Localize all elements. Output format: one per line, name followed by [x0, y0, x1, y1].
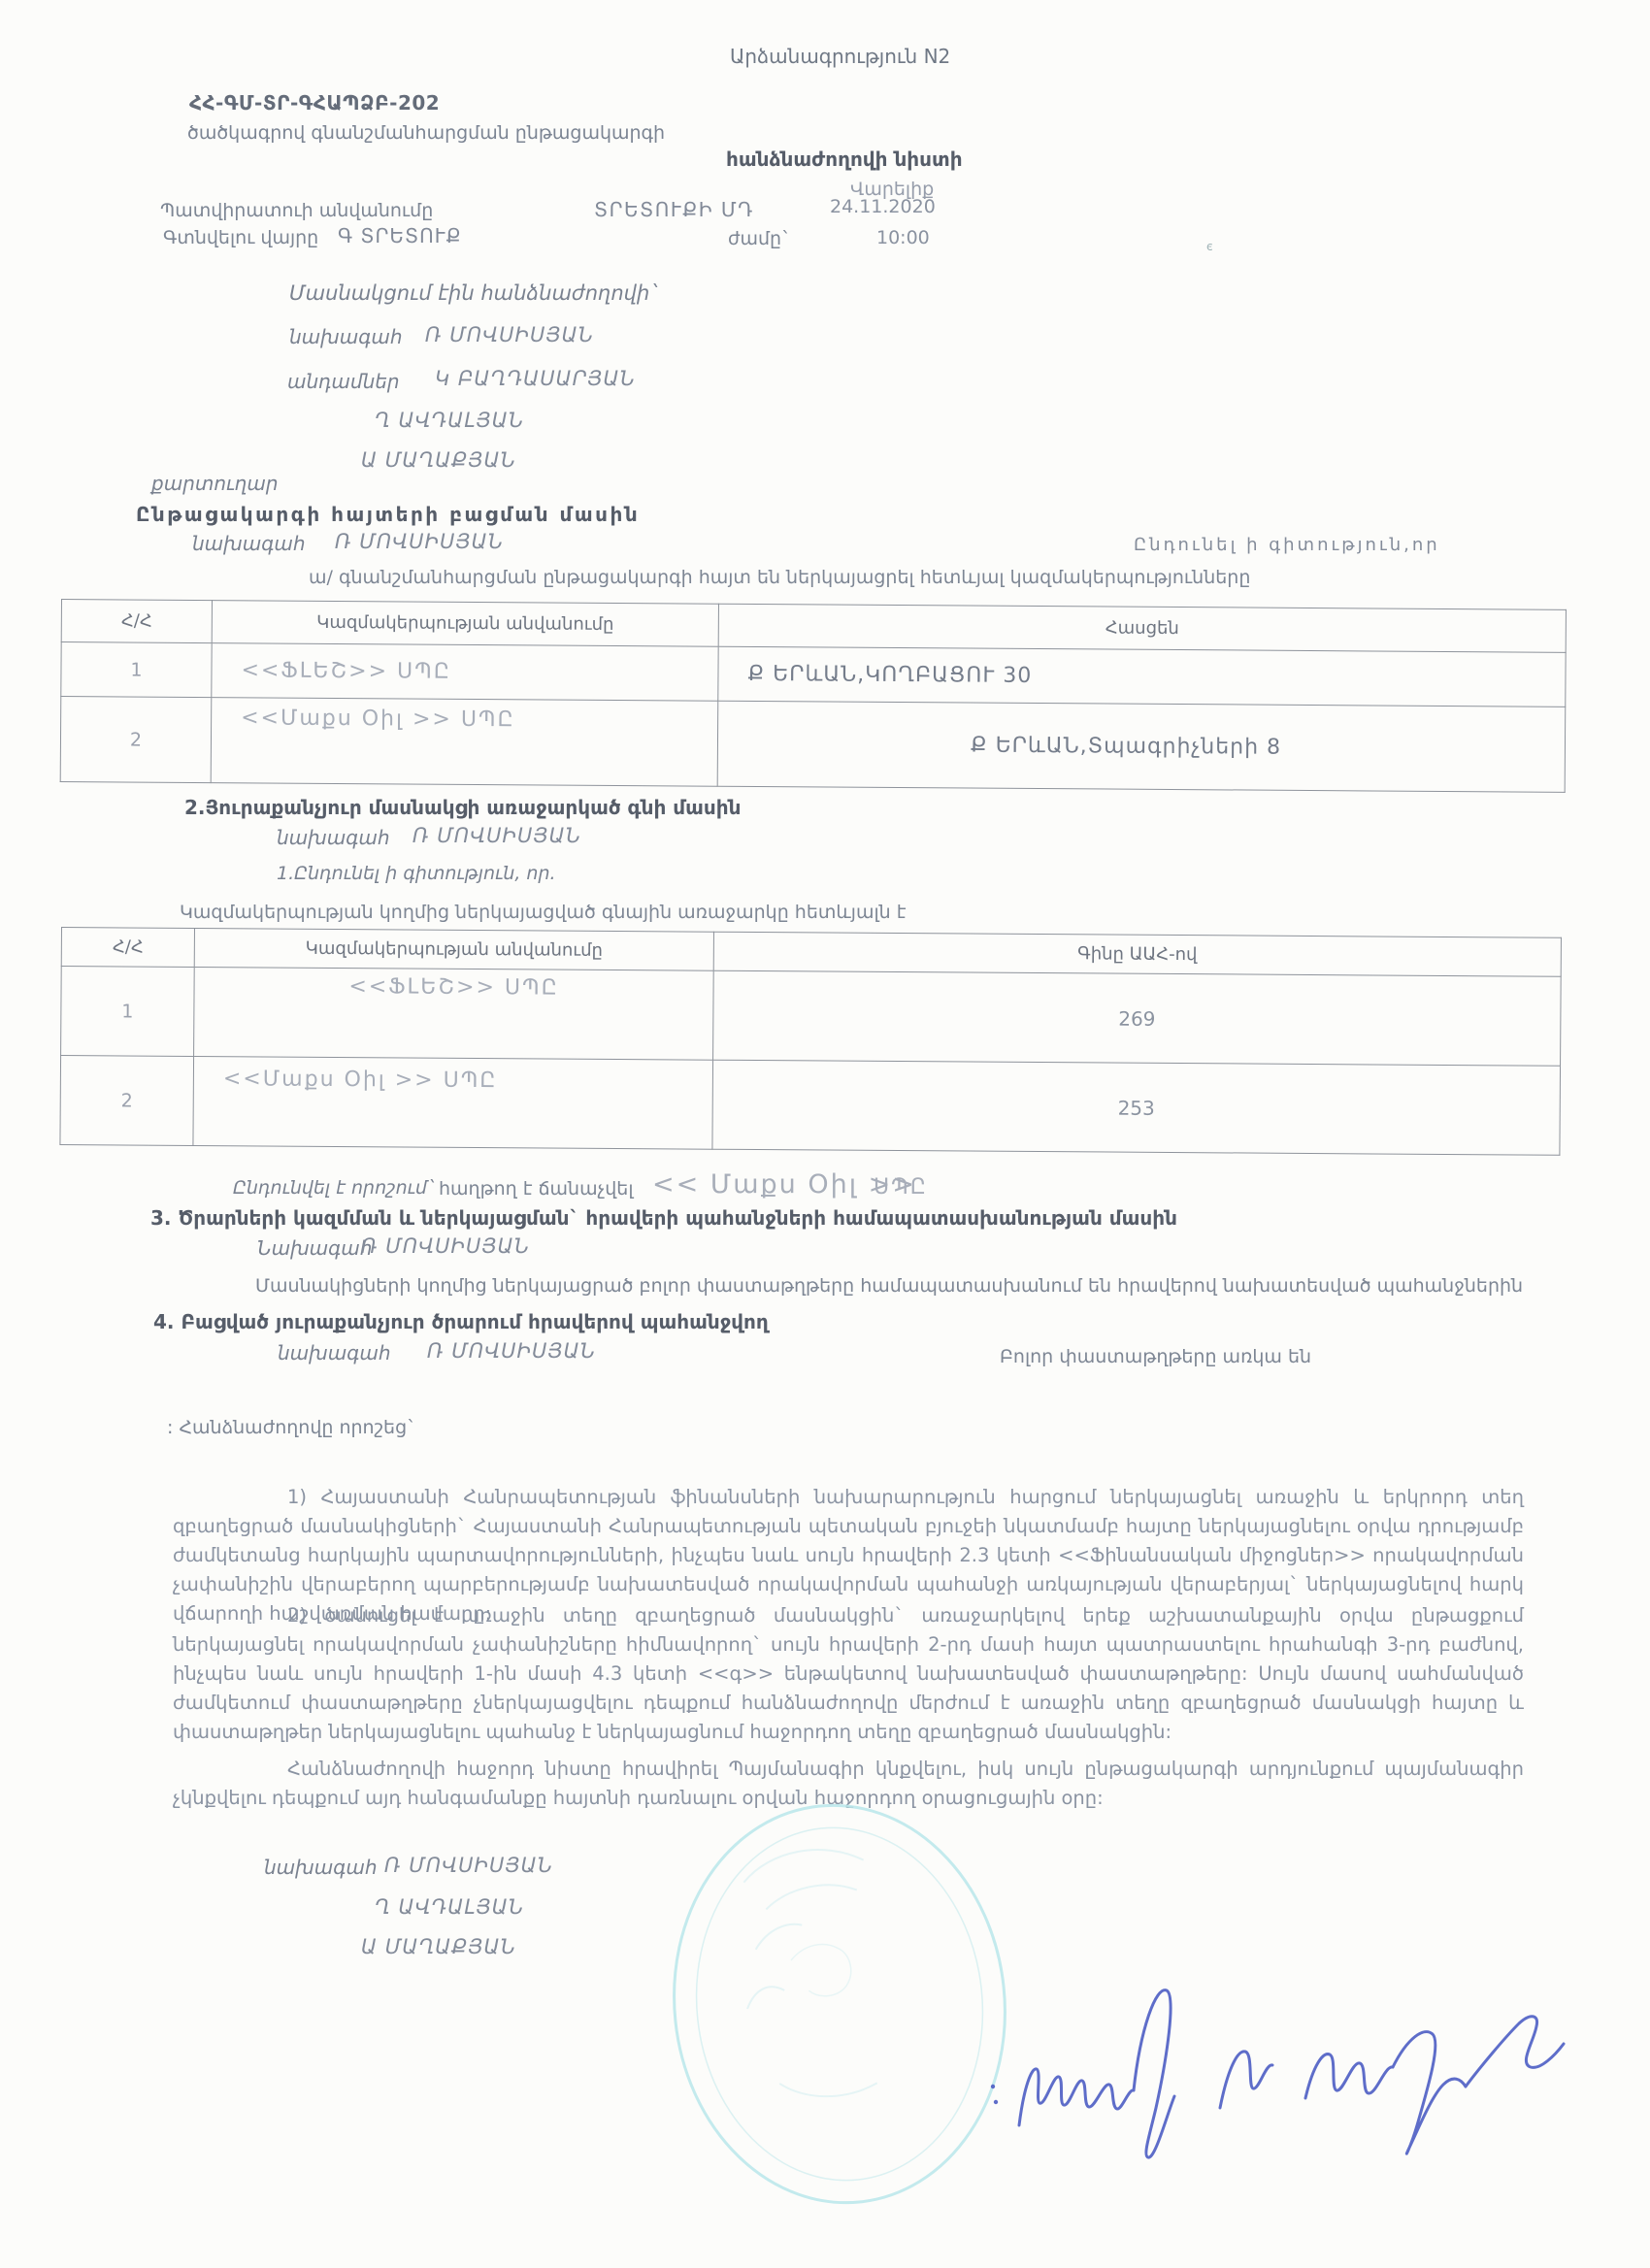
row-num: 1	[61, 967, 195, 1057]
handwritten-signature	[975, 1970, 1616, 2174]
section2-chair-label: նախագահ	[277, 826, 390, 849]
org-name: <<ՖԼԵՇ>> ՍՊԸ	[194, 967, 714, 1060]
decision-winner-type: ՍՊԸ	[874, 1175, 928, 1200]
location-value: Գ ՏՐԵՏՈՒՔ	[338, 224, 462, 247]
customer-value: ՏՐԵՏՈՒՔԻ ՄԴ	[594, 198, 754, 221]
section3-chair-name: Ռ ՄՈՎՍԻՍՅԱՆ	[361, 1234, 530, 1258]
customer-label: Պատվիրատուի անվանումը	[160, 200, 433, 221]
chair-label: նախագահ	[289, 325, 403, 348]
session-date: 24.11.2020	[830, 196, 936, 217]
section2-heading: 2.Յուրաքանչյուր մասնակցի առաջարկած գնի մ…	[184, 796, 741, 819]
org-name: <<ՖԼԵՇ>> ՍՊԸ	[212, 643, 718, 702]
table-row: 2 <<Մաքս Օիլ >> ՍՊԸ Ք ԵՐևԱՆ,Տպագրիչների …	[60, 697, 1566, 793]
col-header-num: Հ/Հ	[61, 600, 212, 643]
participants-table: Հ/Հ Կազմակերպության անվանումը Հասցեն 1 <…	[60, 599, 1567, 793]
member-name-3: Ա ՄԱՂԱՔՅԱՆ	[361, 448, 516, 472]
org-name: <<Մաքս Օիլ >> ՍՊԸ	[193, 1056, 713, 1149]
procedure-code: ՀՀ-ԳՄ-ՏՐ-ԳՀԱՊՁԲ-202	[189, 91, 440, 115]
signature-chair-name: Ռ ՄՈՎՍԻՍՅԱՆ	[384, 1854, 553, 1877]
secretary-label: քարտուղար	[151, 472, 279, 495]
prices-table: Հ/Հ Կազմակերպության անվանումը Գինը ԱԱՀ-ո…	[59, 927, 1562, 1156]
section4-heading: 4. Բացված յուրաքանչյուր ծրարում հրավերով…	[153, 1310, 769, 1333]
section1-right-note: Ընդունել ի գիտություն,որ	[1134, 535, 1440, 555]
section1-chair-label: նախագահ	[192, 532, 306, 555]
signature-member-2: Ղ ԱՎԴԱԼՅԱՆ	[375, 1895, 524, 1919]
session-title: հանձնաժողովի նիստի	[726, 148, 963, 171]
section1-chair-name: Ռ ՄՈՎՍԻՍՅԱՆ	[335, 530, 504, 553]
time-value: 10:00	[876, 227, 930, 248]
section3-heading: 3. Ծրարների կազմման և ներկայացման` հրավե…	[150, 1206, 1177, 1230]
section1-line-a: ա/ գնանշմանհարցման ընթացակարգի հայտ են ն…	[309, 567, 1250, 588]
protocol-title: Արձանագրություն N2	[730, 45, 950, 68]
member-name-2: Ղ ԱՎԴԱԼՅԱՆ	[375, 409, 524, 432]
signature-member-3: Ա ՄԱՂԱՔՅԱՆ	[361, 1935, 516, 1958]
row-num: 1	[61, 642, 212, 698]
participants-intro: Մասնակցում էին հանձնաժողովի`	[289, 281, 660, 305]
scanned-protocol-document: Արձանագրություն N2 ՀՀ-ԳՄ-ՏՐ-ԳՀԱՊՁԲ-202 ծ…	[0, 0, 1650, 2268]
section1-heading: Ընթացակարգի հայտերի բացման մասին	[136, 503, 640, 526]
decision-winner-label: հաղթող է ճանաչվել	[439, 1178, 634, 1200]
procedure-code-subtitle: ծածկագրով գնանշմանհարցման ընթացակարգի	[187, 122, 665, 144]
org-price: 253	[712, 1060, 1561, 1155]
section2-note: 1.Ընդունել ի գիտություն, որ.	[277, 863, 556, 884]
resolution-paragraph-2: 2) ծանուցել է առաջին տեղը զբաղեցրած մասն…	[173, 1601, 1524, 1747]
location-label: Գտնվելու վայրը	[163, 227, 318, 248]
members-label: անդամներ	[287, 370, 400, 393]
decision-intro: Ընդունվել է որոշում`	[233, 1177, 436, 1199]
col-header-address: Հասցեն	[718, 604, 1566, 652]
section3-body: Մասնակիցների կողմից ներկայացրած բոլոր փա…	[255, 1275, 1523, 1297]
section4-chair-label: նախագահ	[278, 1341, 391, 1364]
org-address: Ք ԵՐևԱՆ,Տպագրիչների 8	[717, 701, 1566, 792]
section4-chair-name: Ռ ՄՈՎՍԻՍՅԱՆ	[427, 1339, 596, 1363]
corner-mark: є	[1206, 240, 1213, 253]
table-row: 2 <<Մաքս Օիլ >> ՍՊԸ 253	[60, 1056, 1561, 1156]
chair-name: Ռ ՄՈՎՍԻՍՅԱՆ	[425, 323, 594, 346]
org-name: <<Մաքս Օիլ >> ՍՊԸ	[211, 698, 718, 787]
signature-chair-label: նախագահ	[264, 1856, 378, 1879]
col-header-org: Կազմակերպության անվանումը	[194, 928, 713, 970]
time-label: ժամը`	[728, 228, 791, 249]
org-price: 269	[713, 970, 1562, 1066]
section3-chair-label: Նախագահ	[257, 1236, 372, 1260]
table-row: 1 <<ՖԼԵՇ>> ՍՊԸ 269	[61, 967, 1562, 1067]
resolution-intro: : Հանձնաժողովը որոշեց`	[167, 1417, 416, 1438]
org-address: Ք ԵՐևԱՆ,ԿՈՂԲԱՑՈՒ 30	[718, 646, 1566, 707]
col-header-num: Հ/Հ	[61, 928, 194, 968]
row-num: 2	[60, 697, 212, 783]
col-header-org: Կազմակերպության անվանումը	[212, 601, 718, 647]
member-name-1: Կ ԲԱՂԴԱՍԱՐՅԱՆ	[435, 367, 636, 390]
section2-line: Կազմակերպության կողմից ներկայացված գնայի…	[180, 902, 907, 923]
section4-right-note: Բոլոր փաստաթղթերը առկա են	[1000, 1346, 1311, 1367]
section2-chair-name: Ռ ՄՈՎՍԻՍՅԱՆ	[412, 824, 581, 847]
row-num: 2	[60, 1056, 194, 1146]
col-header-price: Գինը ԱԱՀ-ով	[713, 932, 1561, 976]
